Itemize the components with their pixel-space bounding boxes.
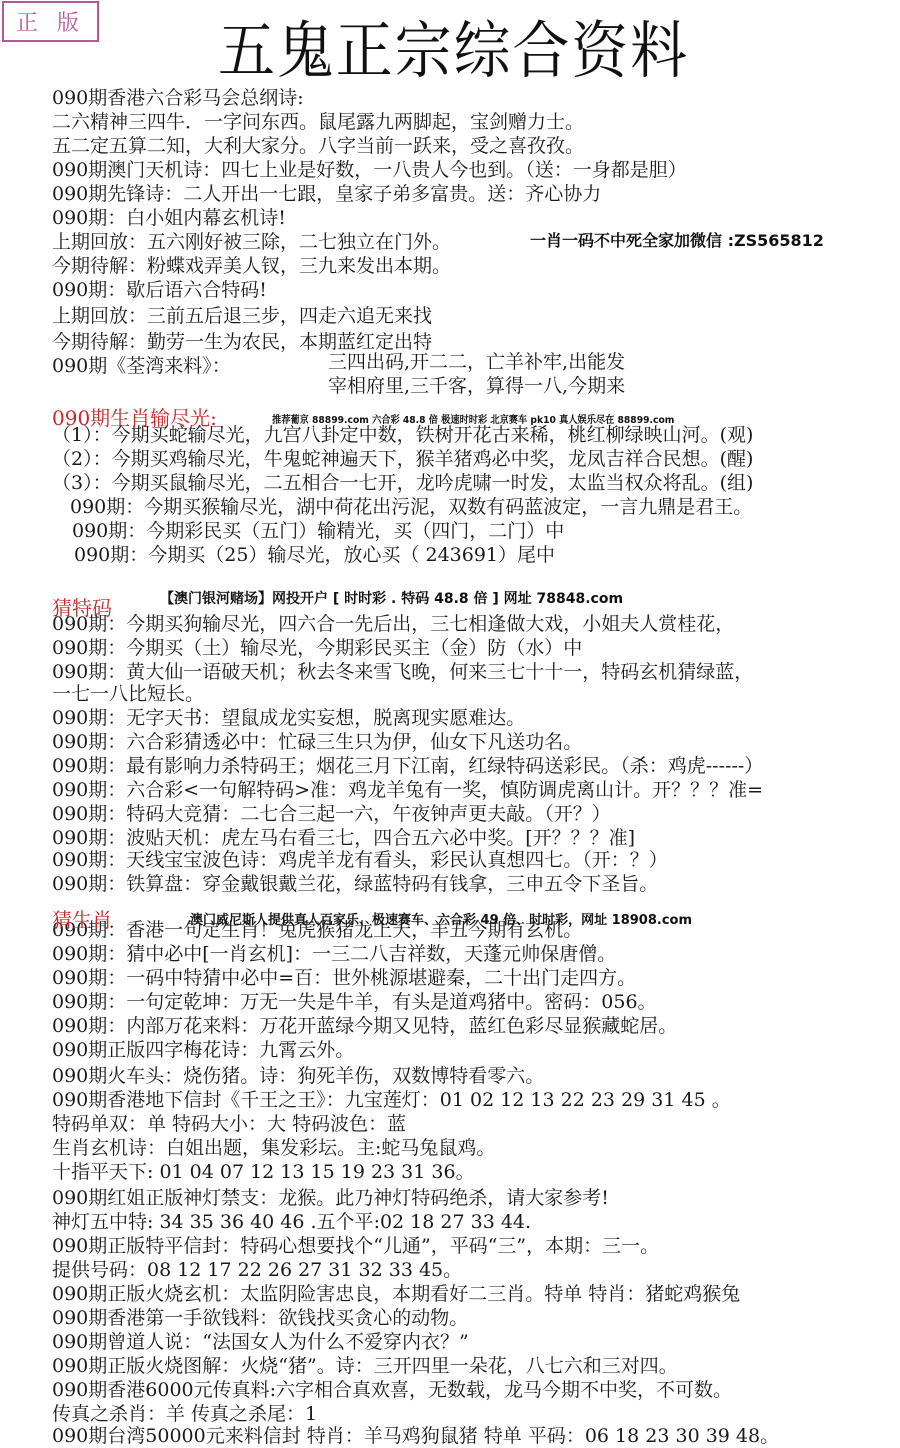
shengxiao-line: 090期正版四字梅花诗：九霄云外。 [52, 1037, 354, 1063]
text-line: 090期：歇后语六合特码! [52, 277, 267, 303]
ad-banner-3: 澳门威尼斯人提供真人百家乐、极速赛车、六合彩 49 倍、时时彩，网址 18908… [190, 909, 692, 928]
shuquan-line: 090期：今期买猴输尽光，湖中荷花出污泥，双数有码蓝波定，一言九鼎是君王。 [70, 494, 752, 520]
tema-line: 090期：六合彩<一句解特码>准：鸡龙羊兔有一奖，慎防调虎离山计。开？？？准= [52, 777, 763, 803]
page-title: 五鬼正宗综合资料 [218, 12, 689, 90]
quanwan-line: 宰相府里,三千客，算得一八,今期来 [328, 373, 625, 399]
authentic-badge: 正 版 [2, 1, 99, 42]
shengxiao-line: 090期正版火烧图解：火烧“猪”。诗：三开四里一朵花，八七六和三对四。 [52, 1353, 678, 1379]
shengxiao-line: 生肖玄机诗：白姐出题，集发彩坛。主:蛇马兔鼠鸡。 [52, 1135, 495, 1161]
text-line: 五二定五算二知，大利大家分。八字当前一跃来，受之喜孜孜。 [52, 133, 584, 159]
tema-line: 090期：天线宝宝波色诗：鸡虎羊龙有看头，彩民认真想四七。（开：？） [52, 847, 668, 873]
shuquan-line: （3）：今期买鼠输尽光，二五相合一七开，龙吟虎啸一时发，太监当权众将乱。(组) [52, 470, 753, 496]
quanwan-line: 三四出码,开二二，亡羊补牢,出能发 [328, 349, 625, 375]
text-line: 上期回放：五六刚好被三除，二七独立在门外。 [52, 229, 451, 255]
shengxiao-line: 090期香港地下信封《千王之王》：九宝莲灯：01 02 12 13 22 23 … [52, 1087, 731, 1113]
shengxiao-line: 090期正版火烧玄机：太监阴险害忠良，本期看好二三肖。特单 特肖：猪蛇鸡猴兔 [52, 1281, 740, 1307]
tema-line: 090期：六合彩猜透必中：忙碌三生只为伊，仙女下凡送功名。 [52, 729, 582, 755]
shengxiao-line: 090期台湾50000元来料信封 特肖：羊马鸡狗鼠猪 特单 平码：06 18 2… [52, 1423, 779, 1448]
section-title-cai-shengxiao: 猜生肖 [52, 904, 112, 933]
text-line: 090期香港六合彩马会总纲诗: [52, 85, 304, 111]
shengxiao-line: 090期：内部万花来料：万花开蓝绿今期又见特，蓝红色彩尽显猴藏蛇居。 [52, 1013, 677, 1039]
shengxiao-line: 特码单双：单 特码大小：大 特码波色：蓝 [52, 1111, 406, 1137]
tema-line: 090期：今期买狗输尽光，四六合一先后出，三七相逢做大戏，小姐夫人赏桂花， [52, 611, 734, 637]
shengxiao-line: 090期：一码中特猜中必中=百：世外桃源堪避秦，二十出门走四方。 [52, 965, 636, 991]
shengxiao-line: 090期香港第一手欲钱料：欲钱找买贪心的动物。 [52, 1305, 468, 1331]
shengxiao-line: 090期红姐正版神灯禁支：龙猴。此乃神灯特码绝杀，请大家参考! [52, 1185, 609, 1211]
tema-line: 090期：铁算盘：穿金戴银戴兰花，绿蓝特码有钱拿，三申五令下圣旨。 [52, 871, 658, 897]
shuquan-line: （2）：今期买鸡输尽光，牛鬼蛇神遍天下，猴羊猪鸡必中奖，龙凤吉祥合民想。(醒) [52, 446, 753, 472]
text-line: 上期回放：三前五后退三步，四走六追无来找 [52, 303, 432, 329]
text-line: 090期《荃湾来料》： [52, 353, 231, 379]
shengxiao-line: 090期火车头：烧伤猪。诗：狗死羊伤，双数博特看零六。 [52, 1063, 544, 1089]
text-line: 二六精神三四牛．一字问东西。鼠尾露九两脚起，宝剑赠力士。 [52, 109, 584, 135]
text-line: 今期待解：粉蝶戏弄美人钗，三九来发出本期。 [52, 253, 451, 279]
ad-banner-1: 推荐葡京 88899.com 六合彩 48.8 倍 极速时时彩 北京赛车 pk1… [272, 411, 674, 426]
tema-line: 090期：无字天书：望鼠成龙实妄想，脱离现实愿难达。 [52, 705, 525, 731]
ad-banner-2: 【澳门银河赌场】网投开户 [ 时时彩 . 特码 48.8 倍 ] 网址 7884… [160, 588, 623, 608]
tema-line: 090期：今期买（土）输尽光，今期彩民买主（金）防（水）中 [52, 635, 582, 661]
shengxiao-line: 神灯五中特: 34 35 36 40 46 .五个平:02 18 27 33 4… [52, 1209, 531, 1235]
text-line: 090期澳门天机诗：四七上业是好数，一八贵人今也到。（送：一身都是胆） [52, 157, 687, 183]
shuquan-line: 090期：今期买（25）输尽光，放心买（ 243691）尾中 [74, 542, 555, 568]
shengxiao-line: 090期香港6000元传真料:六字相合真欢喜，无数载，龙马今期不中奖，不可数。 [52, 1377, 732, 1403]
shengxiao-line: 090期：猜中必中[一肖玄机]：一三二八吉祥数，天蓬元帅保唐僧。 [52, 941, 616, 967]
section-title-cai-tema: 猜特码 [52, 592, 112, 621]
shengxiao-line: 十指平天下: 01 04 07 12 13 15 19 23 31 36。 [52, 1159, 475, 1185]
text-line: 090期先锋诗：二人开出一七跟，皇家子弟多富贵。送：齐心协力 [52, 181, 601, 207]
tema-line: 090期：特码大竞猜：二七合三起一六，午夜钟声更夫敲。（开？） [52, 801, 611, 827]
tema-line: 090期：最有影响力杀特码王；烟花三月下江南，红绿特码送彩民。（杀：鸡虎----… [52, 753, 763, 779]
shuquan-line: 090期：今期彩民买（五门）输精光，买（四门，二门）中 [72, 518, 564, 544]
tema-line: 一七一八比短长。 [52, 681, 204, 707]
shengxiao-line: 090期曾道人说：“法国女人为什么不爱穿内衣？” [52, 1329, 469, 1355]
shengxiao-line: 090期正版特平信封：特码心想要找个“儿通”，平码“三”，本期：三一。 [52, 1233, 659, 1259]
section-title-shengxiao-shuquan: 090期生肖输尽光: [52, 402, 217, 431]
shengxiao-line: 090期：一句定乾坤：万无一失是牛羊，有头是道鸡猪中。密码：056。 [52, 989, 657, 1015]
wechat-ad: 一肖一码不中死全家加微信 :ZS565812 [530, 228, 824, 251]
shengxiao-line: 提供号码：08 12 17 22 26 27 31 32 33 45。 [52, 1257, 462, 1283]
text-line: 090期：白小姐内幕玄机诗! [52, 205, 286, 231]
